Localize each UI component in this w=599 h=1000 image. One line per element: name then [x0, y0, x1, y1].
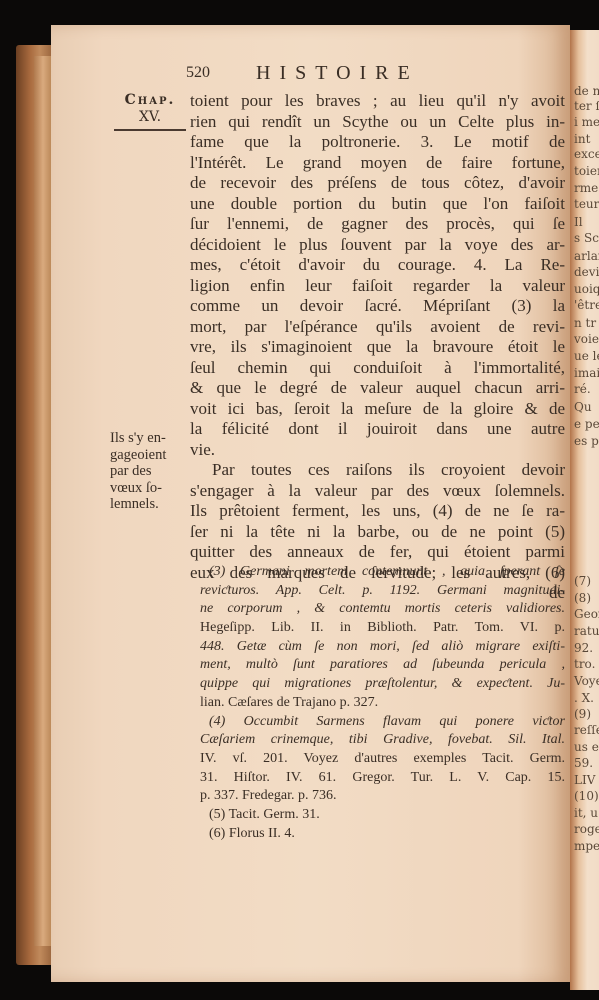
body-line: & que le degré de valeur auquel chacun a…	[190, 378, 565, 399]
facing-page-fragment: rme	[574, 182, 598, 194]
facing-page-fragment: excep	[574, 148, 599, 160]
body-line: ſer ni la tête ni la barbe, ou de ne poi…	[190, 522, 565, 543]
body-line: ligion enfin leur faiſoit regarder la va…	[190, 276, 565, 297]
facing-page-fragment: toien	[574, 165, 599, 177]
margin-note-line: gageoient	[110, 447, 186, 464]
margin-note-line: lemnels.	[110, 496, 186, 513]
footnote-line: p. 337. Fredegar. p. 736.	[200, 787, 565, 806]
footnote-line: IV. vſ. 201. Voyez d'autres exemples Tac…	[200, 750, 565, 769]
facing-page-fragment: ratu	[574, 625, 599, 637]
chapter-marker: Chap. XV.	[110, 91, 190, 131]
footnotes: (3) Germani mortem contemnunt , quia ſpe…	[200, 563, 565, 843]
facing-page-fragment: 'être	[574, 299, 599, 311]
body-line: mort, par l'eſpérance qu'ils avoient de …	[190, 317, 565, 338]
running-title: HISTOIRE	[256, 62, 419, 85]
facing-page-fragment: mper	[574, 840, 599, 852]
margin-note-line: par des	[110, 463, 186, 480]
facing-page-fragment: tro.	[574, 658, 595, 670]
body-line: Ils prêtoient ferment, les uns, (4) de n…	[190, 501, 565, 522]
footnote-line: (5) Tacit. Germ. 31.	[200, 806, 565, 825]
facing-page-fragment: Voyez	[574, 675, 599, 687]
footnote-line: reviƈturos. App. Celt. p. 1192. Germani …	[200, 582, 565, 601]
body-line: l'Intérêt. Le grand moyen de faire fortu…	[190, 153, 565, 174]
facing-page-fragment: n tr	[574, 317, 596, 329]
body-line: voit ici bas, ſeroit la meſure de la glo…	[190, 399, 565, 420]
body-line: décidoient le plus ſouvent par la voye d…	[190, 235, 565, 256]
footnote-line: (4) Occumbit Sarmens flavam qui ponere v…	[200, 713, 565, 732]
body-text: toient pour les braves ; au lieu qu'il n…	[190, 91, 565, 604]
body-line: Par toutes ces raiſons ils croyoient dev…	[190, 460, 565, 481]
facing-page-fragment: (8)	[574, 592, 591, 604]
facing-page-edge: de neter ſei meintexceptoienrmeteur.Ils …	[570, 30, 599, 990]
facing-page-fragment: 92.	[574, 642, 593, 654]
footnote-line: Hegeſipp. Lib. II. in Biblioth. Patr. To…	[200, 619, 565, 638]
body-line: vre, ils s'imaginoient que la bravoure é…	[190, 337, 565, 358]
body-line: ſur l'ennemi, de gagner des procès, qui …	[190, 214, 565, 235]
facing-page-fragment: deviſe	[574, 266, 599, 278]
facing-page-fragment: . X.	[574, 692, 594, 704]
body-line: ſeul chemin qui conduiſoit à l'immortali…	[190, 358, 565, 379]
body-line: de recevoir des préſens de tous côtez, d…	[190, 173, 565, 194]
footnote-line: ne corporum , & contemtu mortis ceteris …	[200, 600, 565, 619]
facing-page-fragment: voie	[574, 333, 599, 345]
chapter-number: XV.	[110, 109, 190, 125]
footnote-line: ment, multò ſunt paratiores ad ſubeunda …	[200, 656, 565, 675]
facing-page-fragment: Georg	[574, 608, 599, 620]
facing-page-fragment: e pe	[574, 418, 599, 430]
footnote-line: (3) Germani mortem contemnunt , quia ſpe…	[200, 563, 565, 582]
footnote-line: 448. Getæ cùm ſe non mori, ſed aliò migr…	[200, 638, 565, 657]
body-line: la félicité dont il jouiroit dans une au…	[190, 419, 565, 440]
facing-page-fragment: Qu	[574, 401, 592, 413]
margin-note: Ils s'y en-gageoientpar desvœux ſo-lemne…	[110, 430, 186, 513]
facing-page-fragment: int	[574, 133, 590, 145]
facing-page-fragment: it, u	[574, 807, 598, 819]
facing-page-fragment: reſſe	[574, 724, 599, 736]
footnote-line: lian. Cæſares de Trajano p. 327.	[200, 694, 565, 713]
facing-page-fragment: us eſſ	[574, 741, 599, 753]
body-line: toient pour les braves ; au lieu qu'il n…	[190, 91, 565, 112]
margin-note-line: vœux ſo-	[110, 480, 186, 497]
footnote-line: (6) Florus II. 4.	[200, 825, 565, 844]
footnote-line: quippe qui migrationes præſtolentur, & e…	[200, 675, 565, 694]
footnote-line: 31. Hiſtor. IV. 61. Gregor. Tur. L. V. C…	[200, 769, 565, 788]
facing-page-fragment: (9)	[574, 708, 591, 720]
footnote-line: Cæſariem crinemque, tibi Gradive, foveba…	[200, 731, 565, 750]
body-line: une double portion du butin que l'on fai…	[190, 194, 565, 215]
chapter-rule	[114, 129, 186, 131]
facing-page-fragment: ue le	[574, 350, 599, 362]
body-line: fame que la poltronerie. 3. Le motif de	[190, 132, 565, 153]
facing-page-fragment: LIV	[574, 774, 595, 786]
page-number: 520	[186, 64, 210, 82]
body-line: vie.	[190, 440, 565, 461]
body-line: s'engager à la valeur par des vœux ſolem…	[190, 481, 565, 502]
facing-page-fragment: imai	[574, 367, 599, 379]
facing-page-fragment: 59.	[574, 757, 593, 769]
facing-page-fragment: (7)	[574, 575, 591, 587]
facing-page-fragment: ter ſe	[574, 100, 599, 112]
body-line: mes, c'étoit d'avoir du courage. 4. La R…	[190, 255, 565, 276]
facing-page-fragment: es p	[574, 435, 599, 447]
body-line: quitter des anneaux de fer, qui étoient …	[190, 542, 565, 563]
body-line: comme un devoir ſacré. Mépriſant (3) la	[190, 296, 565, 317]
facing-page-fragment: Il	[574, 216, 583, 228]
facing-page-fragment: arlan	[574, 250, 599, 262]
book-page-edges	[34, 56, 52, 946]
facing-page-fragment: teur.	[574, 198, 599, 210]
facing-page-fragment: i me	[574, 116, 599, 128]
facing-page-fragment: uoiq	[574, 283, 599, 295]
running-head: 520 HISTOIRE	[186, 62, 486, 86]
facing-page-fragment: s Sc	[574, 232, 599, 244]
margin-note-line: Ils s'y en-	[110, 430, 186, 447]
facing-page-fragment: de ne	[574, 85, 599, 97]
body-line: rien qui rendît un Scythe ou un Celte pl…	[190, 112, 565, 133]
facing-page-fragment: ré.	[574, 383, 591, 395]
facing-page-fragment: (10)	[574, 790, 599, 802]
chapter-label: Chap.	[110, 91, 190, 109]
facing-page-fragment: roger	[574, 823, 599, 835]
